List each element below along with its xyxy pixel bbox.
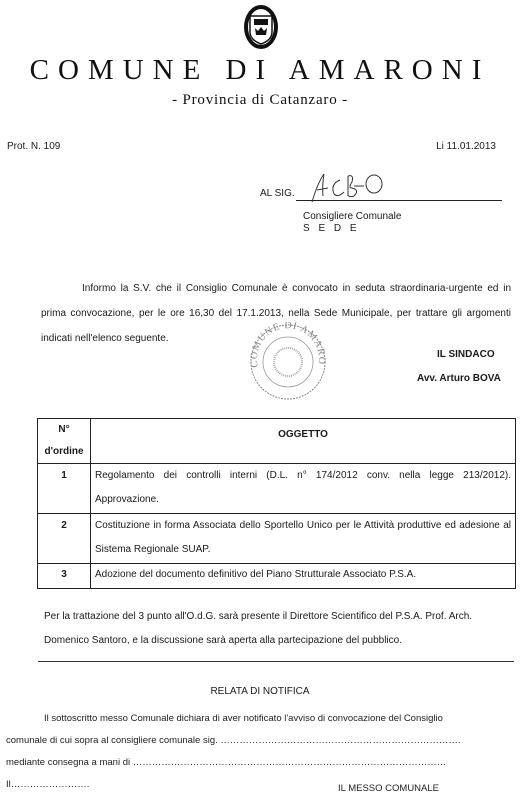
protocol-number: Prot. N. 109 bbox=[7, 141, 60, 152]
header-number-line2: d'ordine bbox=[42, 441, 86, 463]
municipality-title: COMUNE DI AMARONI bbox=[0, 54, 520, 87]
relata-line-2: comunale di cui sopra al consigliere com… bbox=[6, 730, 516, 752]
row-subject: Adozione del documento definitivo del Pi… bbox=[91, 564, 516, 589]
header-number: N° d'ordine bbox=[38, 419, 91, 464]
header-number-line1: N° bbox=[42, 419, 86, 441]
province-subtitle: - Provincia di Catanzaro - bbox=[0, 92, 520, 109]
official-stamp-icon: COMUNE DI AMARONI bbox=[243, 322, 333, 402]
crest-icon bbox=[241, 2, 281, 52]
relata-line-1: Il sottoscritto messo Comunale dichiara … bbox=[6, 708, 516, 730]
document-date: Li 11.01.2013 bbox=[436, 141, 496, 152]
table-row: 2 Costituzione in forma Associata dello … bbox=[38, 514, 516, 564]
recipient-prefix: AL SIG. bbox=[260, 188, 295, 199]
recipient-line bbox=[296, 200, 502, 201]
recipient-role: Consigliere Comunale bbox=[303, 211, 401, 223]
table-row: 3 Adozione del documento definitivo del … bbox=[38, 564, 516, 589]
relata-body: Il sottoscritto messo Comunale dichiara … bbox=[6, 708, 516, 796]
relata-title: RELATA DI NOTIFICA bbox=[0, 686, 520, 697]
relata-line-4: Il……………………. bbox=[6, 774, 516, 796]
row-number: 2 bbox=[38, 514, 91, 564]
row-subject: Regolamento dei controlli interni (D.L. … bbox=[91, 464, 516, 514]
recipient-block: Consigliere Comunale S E D E bbox=[303, 211, 401, 235]
svg-text:COMUNE DI AMARONI: COMUNE DI AMARONI bbox=[243, 322, 327, 368]
relata-line-3: mediante consegna a mani di ………………………………… bbox=[6, 752, 516, 774]
signatory-title: IL SINDACO bbox=[437, 349, 495, 360]
row-number: 1 bbox=[38, 464, 91, 514]
messo-comunale-label: IL MESSO COMUNALE bbox=[338, 783, 439, 794]
recipient-location: S E D E bbox=[303, 223, 401, 235]
table-header-row: N° d'ordine OGGETTO bbox=[38, 419, 516, 464]
agenda-note: Per la trattazione del 3 punto all'O.d.G… bbox=[44, 605, 514, 653]
row-subject: Costituzione in forma Associata dello Sp… bbox=[91, 514, 516, 564]
table-row: 1 Regolamento dei controlli interni (D.L… bbox=[38, 464, 516, 514]
row-number: 3 bbox=[38, 564, 91, 589]
section-divider bbox=[38, 661, 514, 662]
signatory-name: Avv. Arturo BOVA bbox=[417, 373, 501, 384]
stamp-text: COMUNE DI AMARONI bbox=[243, 322, 327, 368]
agenda-table: N° d'ordine OGGETTO 1 Regolamento dei co… bbox=[37, 418, 516, 589]
header-subject: OGGETTO bbox=[91, 419, 516, 464]
